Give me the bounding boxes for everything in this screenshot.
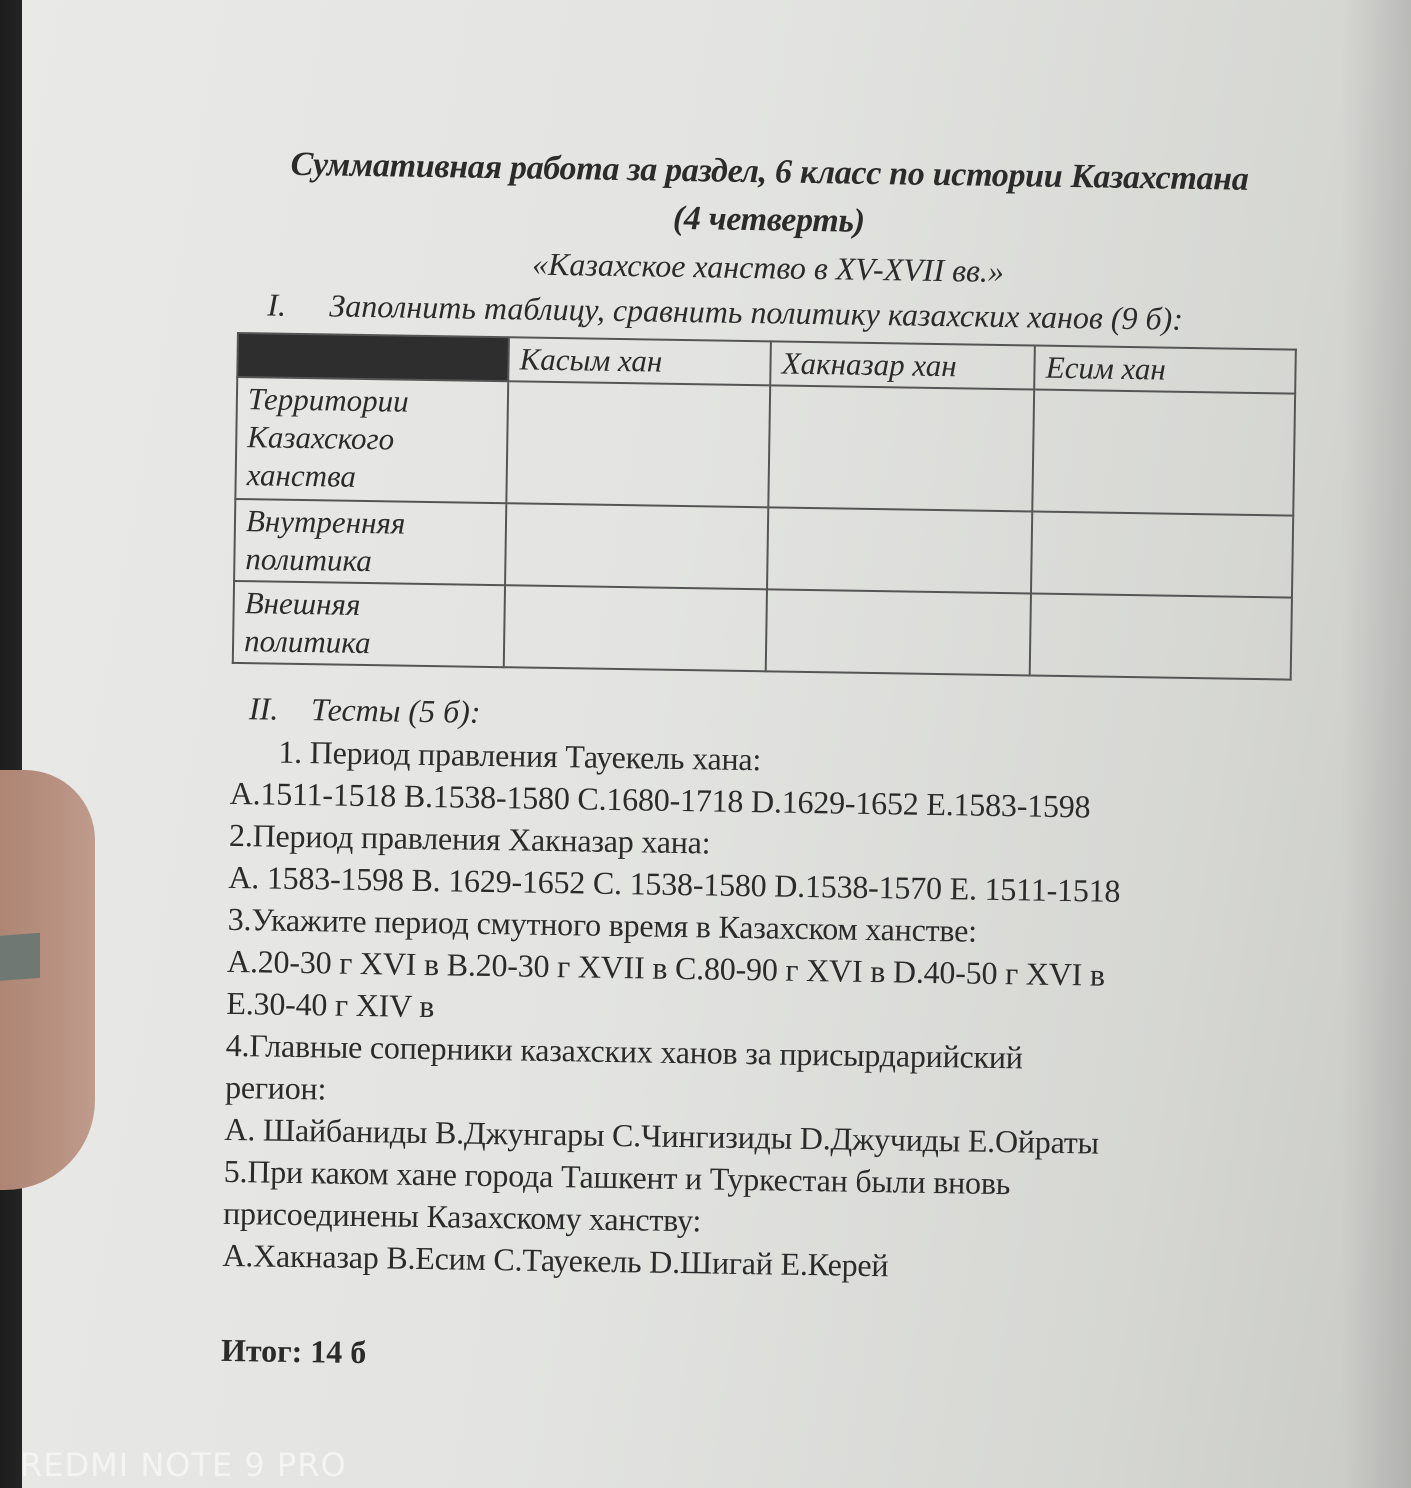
answer-cell[interactable] [1033,390,1296,516]
row-label-line: Казахского [247,418,497,460]
row-label-line: политика [245,540,495,582]
camera-watermark: REDMI NOTE 9 PRO [20,1446,347,1484]
answer-cell[interactable] [768,385,1034,511]
section-1-number: I. [267,282,330,327]
holding-finger [0,770,95,1190]
answer-cell[interactable] [504,585,767,671]
table-corner-cell [237,333,509,381]
row-label-line: Территории [248,380,498,422]
worksheet: Суммативная работа за раздел, 6 класс по… [221,140,1300,1385]
section-1-text: Заполнить таблицу, сравнить политику каз… [329,287,1183,336]
page-shadow [1341,0,1411,1488]
table-row: Территории Казахского ханства [235,377,1295,516]
row-label-line: Внешняя [244,584,494,626]
answer-cell[interactable] [506,381,770,507]
table-row: Внешняя политика [233,581,1292,680]
row-label: Внутренняя политика [234,499,506,585]
row-label-line: политика [244,622,494,664]
answer-cell[interactable] [766,589,1031,675]
section-2-text: Тесты (5 б): [311,691,481,730]
answer-cell[interactable] [1030,593,1292,679]
answer-cell[interactable] [505,503,768,589]
row-label-line: ханства [246,456,496,498]
row-label: Территории Казахского ханства [235,377,508,503]
column-header: Касым хан [508,337,771,385]
section-2-number: II. [249,686,312,731]
tests-section: II.Тесты (5 б): 1. Период правления Тауе… [222,686,1291,1293]
answer-cell[interactable] [1031,511,1293,597]
column-header: Есим хан [1034,346,1295,394]
finger-ring [0,933,40,982]
row-label-line: Внутренняя [246,502,496,544]
row-label: Внешняя политика [233,581,505,667]
answer-cell[interactable] [767,507,1032,593]
comparison-table: Касым хан Хакназар хан Есим хан Территор… [232,332,1297,681]
column-header: Хакназар хан [770,341,1035,389]
